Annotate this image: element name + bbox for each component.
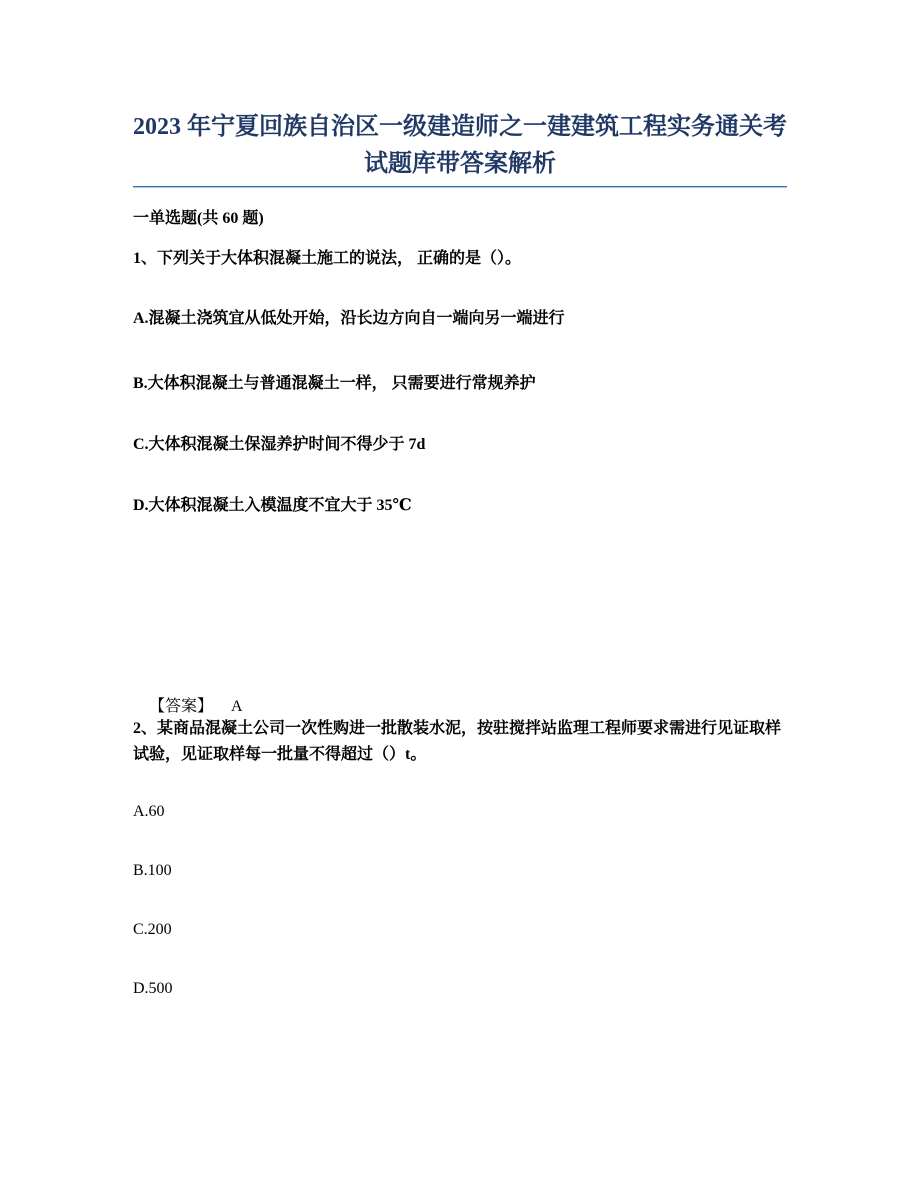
title-divider-rule [133,186,787,187]
document-page: 2023 年宁夏回族自治区一级建造师之一建建筑工程实务通关考试题库带答案解析 一… [0,0,920,1191]
question-1-option-b: B.大体积混凝土与普通混凝土一样， 只需要进行常规养护 [133,373,787,395]
question-1-option-c: C.大体积混凝土保湿养护时间不得少于 7d [133,434,787,456]
question-1-option-d: D.大体积混凝土入模温度不宜大于 35℃ [133,495,787,517]
question-2-text: 2、某商品混凝土公司一次性购进一批散装水泥，按驻搅拌站监理工程师要求需进行见证取… [133,716,787,768]
question-1-text: 1、下列关于大体积混凝土施工的说法， 正确的是（）。 [133,248,787,270]
question-2-option-b: B.100 [133,860,787,882]
answer-label: 【答案】 [149,698,213,715]
section-header: 一单选题(共 60 题) [133,208,787,230]
document-title: 2023 年宁夏回族自治区一级建造师之一建建筑工程实务通关考试题库带答案解析 [130,109,790,183]
question-2-option-a: A.60 [133,801,787,823]
question-2-option-c: C.200 [133,919,787,941]
answer-value: A [231,698,243,715]
question-2-option-d: D.500 [133,978,787,1000]
question-1-option-a: A.混凝土浇筑宜从低处开始，沿长边方向自一端向另一端进行 [133,308,787,330]
